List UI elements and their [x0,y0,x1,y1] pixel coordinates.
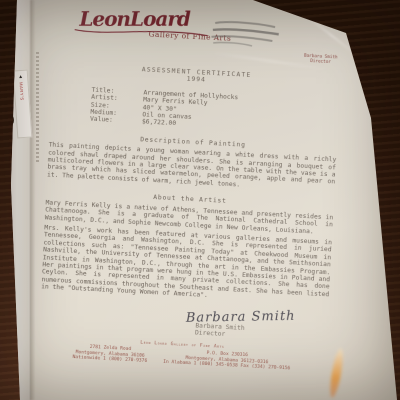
detail-value: $6,722.00 [142,119,176,128]
artwork-details: Title: Arrangement of Hollyhocks Artist:… [90,86,362,137]
signature-handwritten: Barbara Smith [186,309,296,325]
detail-label: Value: [90,116,142,126]
plastic-sheet-protector: ▲ MARY'S LeonLoard Gallery of Fine Arts … [0,0,400,400]
photo-of-certificate: ▲ MARY'S LeonLoard Gallery of Fine Arts … [0,0,400,400]
logo-flourish [72,22,213,43]
letterhead-contact: Barbara Smith Director [304,54,338,66]
footer-address-left: 2781 Zelda Road Montgomery, Alabama 3610… [72,344,147,365]
signature-block: Barbara Smith Barbara Smith Director [185,307,316,343]
edge-label-logo-icon: ▲ [18,75,23,80]
pencil-scribble [208,17,288,53]
edge-label-text: MARY'S [18,82,24,101]
certificate-page: LeonLoard Gallery of Fine Arts Barbara S… [15,0,366,375]
about-artist-paragraph-2: Mrs. Kelly's work has been featured at v… [41,224,332,306]
